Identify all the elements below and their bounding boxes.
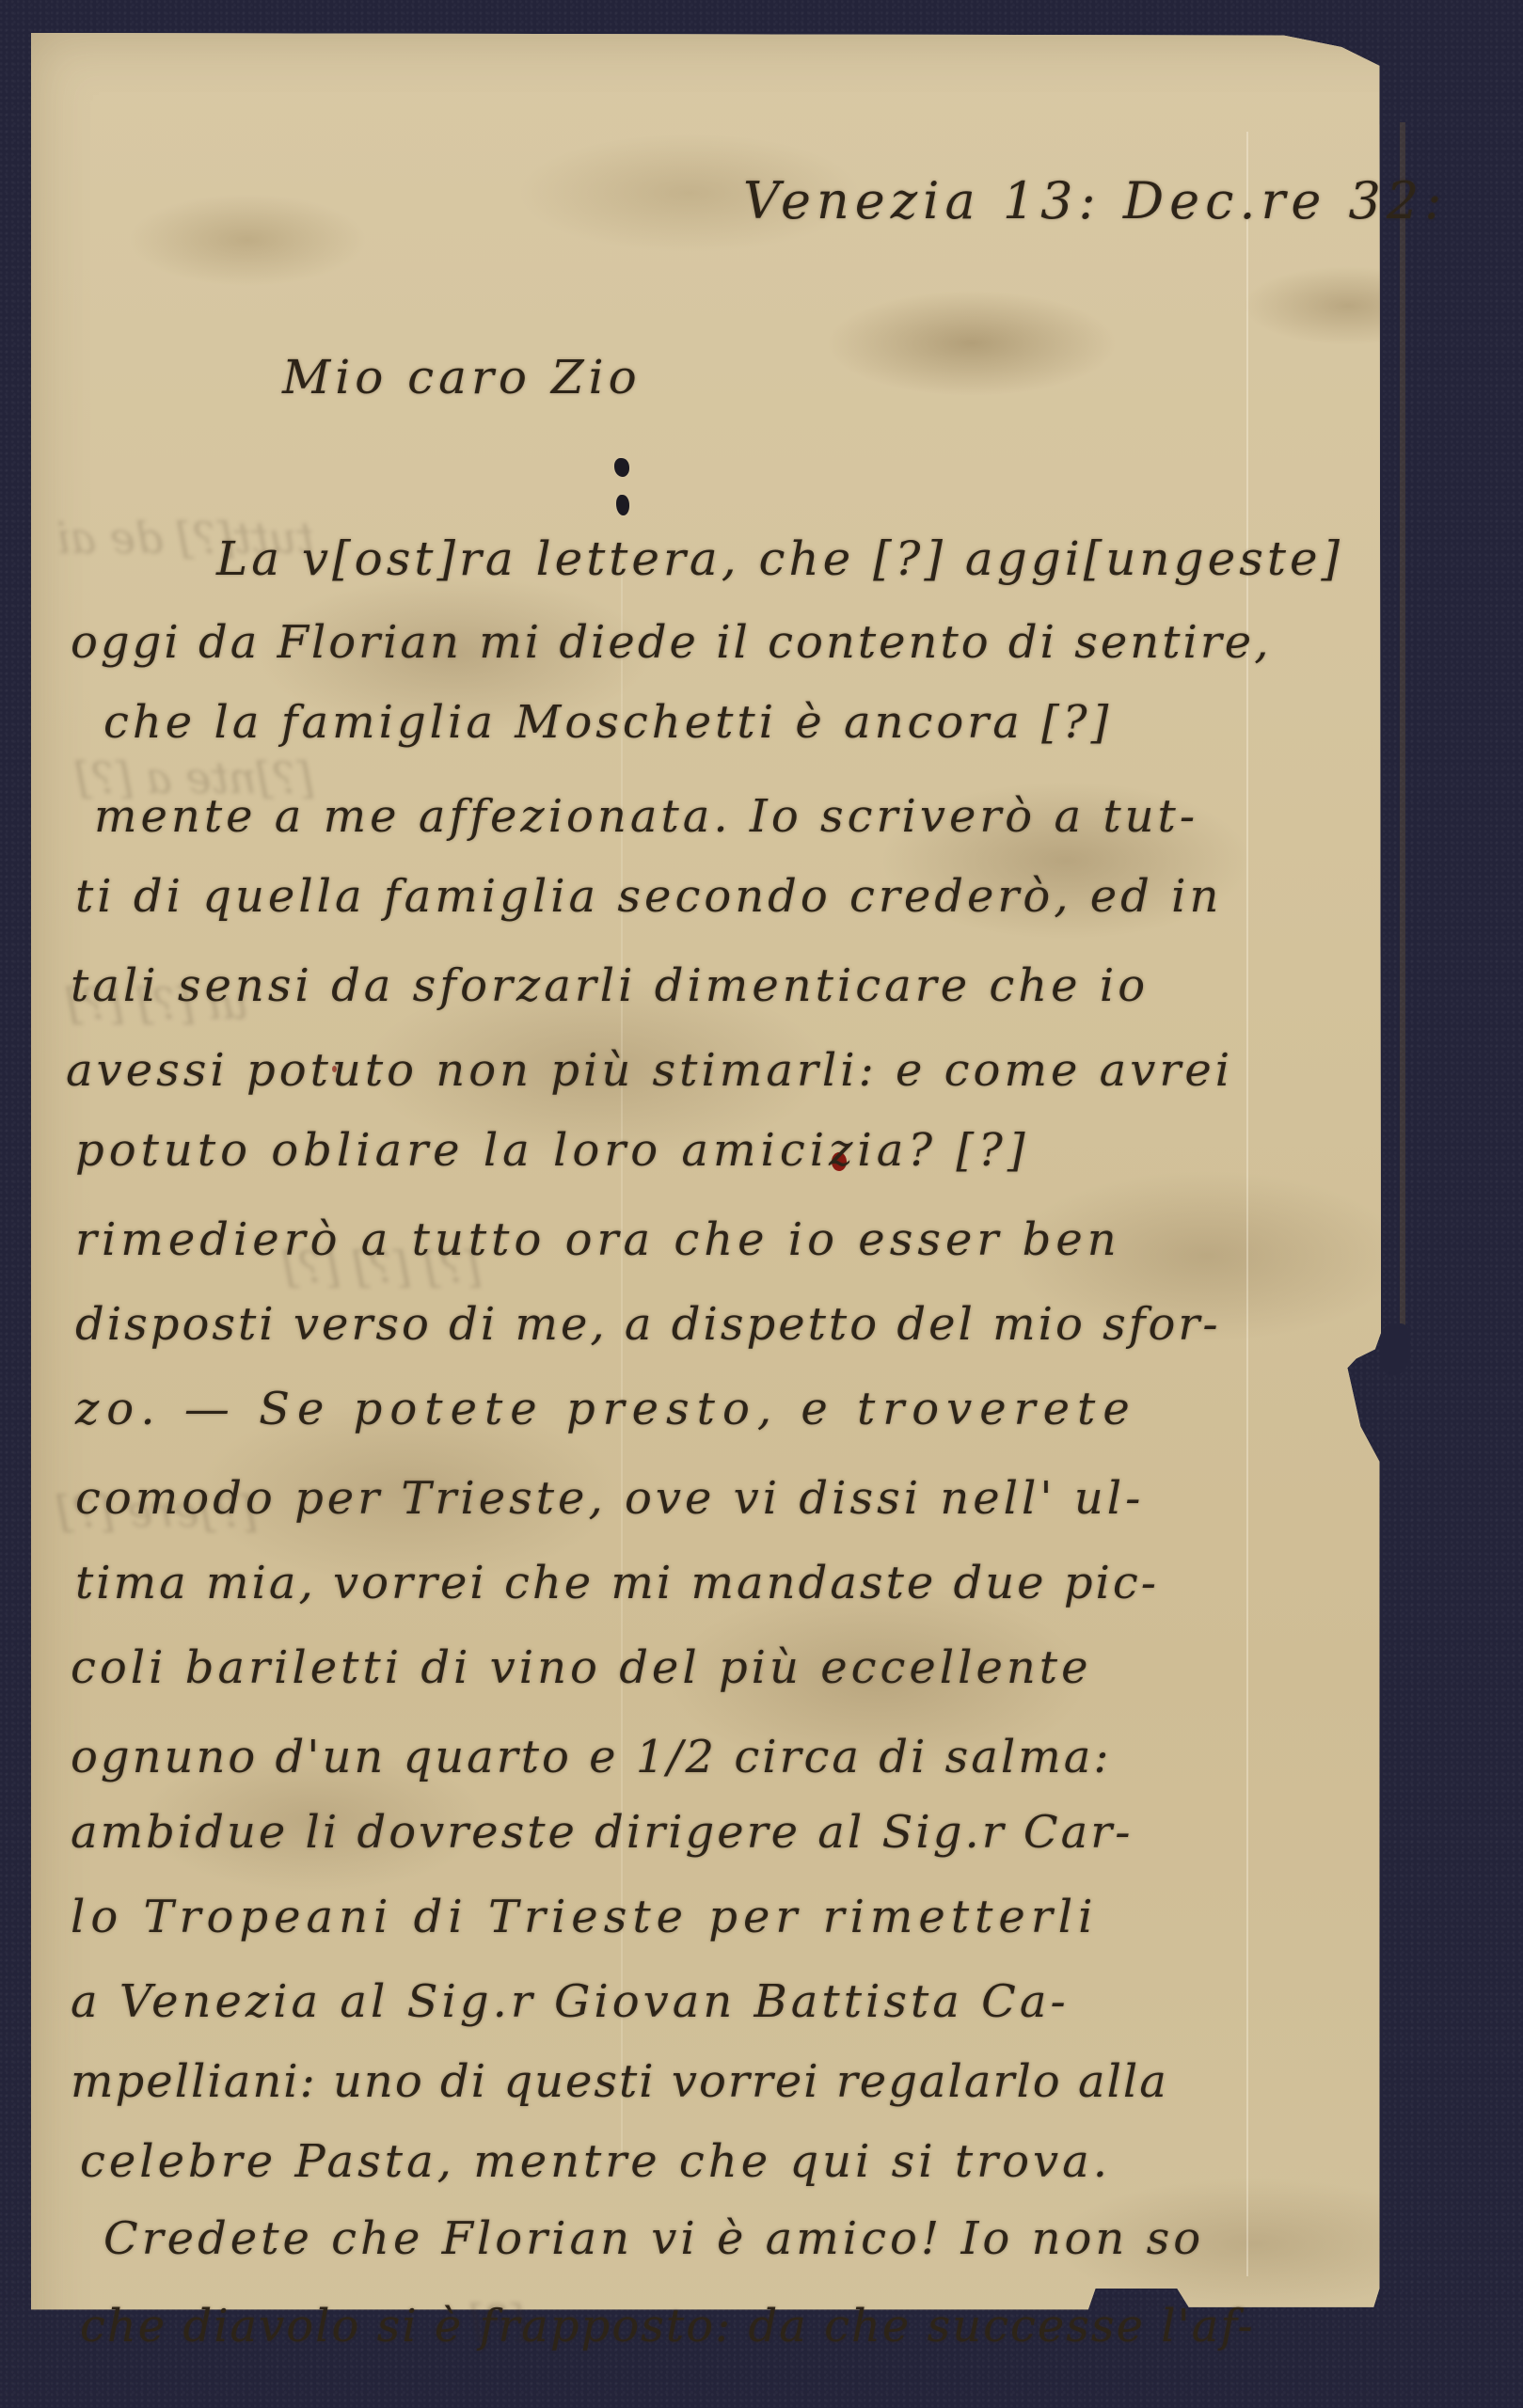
body-line-16: ambidue li dovreste dirigere al Sig.r Ca… (71, 1806, 1133, 1859)
ink-blot (614, 458, 629, 477)
body-line-18: a Venezia al Sig.r Giovan Battista Ca- (71, 1975, 1070, 2028)
body-line-19: mpelliani: uno di questi vorrei regalarl… (71, 2055, 1168, 2108)
body-line-14: coli bariletti di vino del più eccellent… (71, 1641, 1092, 1694)
body-line-4: mente a me affezionata. Io scriverò a tu… (94, 790, 1198, 843)
body-line-6: tali sensi da sforzarli dimenticare che … (71, 959, 1149, 1012)
ink-blot (616, 495, 629, 515)
body-line-13: tima mia, vorrei che mi mandaste due pic… (75, 1557, 1159, 1609)
body-line-22: che diavolo si è frapposto: da che succe… (80, 2300, 1255, 2353)
body-line-12: comodo per Trieste, ove vi dissi nell' u… (75, 1472, 1144, 1525)
body-line-10: disposti verso di me, a dispetto del mio… (75, 1298, 1221, 1351)
date-line: Venezia 13: Dec.re 32: (743, 171, 1447, 230)
scanned-letter-image: tutt[?] de ai [?]nte a [?] ui [?] [?] [?… (0, 0, 1523, 2408)
salutation: Mio caro Zio (282, 350, 642, 404)
body-line-5: ti di quella famiglia secondo crederò, e… (75, 870, 1222, 923)
body-line-17: lo Tropeani di Trieste per rimetterli (71, 1891, 1098, 1943)
body-line-7: avessi potuto non più stimarli: e come a… (66, 1044, 1233, 1097)
body-line-15: ognuno d'un quarto e 1/2 circa di salma: (71, 1731, 1112, 1783)
fold-line (1246, 132, 1248, 2276)
body-line-20: celebre Pasta, mentre che qui si trova. (80, 2135, 1111, 2188)
body-line-2: oggi da Florian mi diede il contento di … (71, 616, 1271, 669)
body-line-11: zo. — Se potete presto, e troverete (75, 1383, 1137, 1435)
body-line-9: rimedierò a tutto ora che io esser ben (75, 1213, 1121, 1266)
body-line-1: La v[ost]ra lettera, che [?] aggi[ungest… (216, 531, 1343, 586)
body-line-3: che la famiglia Moschetti è ancora [?] (103, 696, 1112, 749)
paper-tear-hole (1380, 1323, 1410, 1375)
body-line-8: potuto obliare la loro amicizia? [?] (75, 1124, 1030, 1177)
body-line-21: Credete che Florian vi è amico! Io non s… (103, 2212, 1204, 2265)
paper-right-edge (1400, 122, 1405, 1345)
